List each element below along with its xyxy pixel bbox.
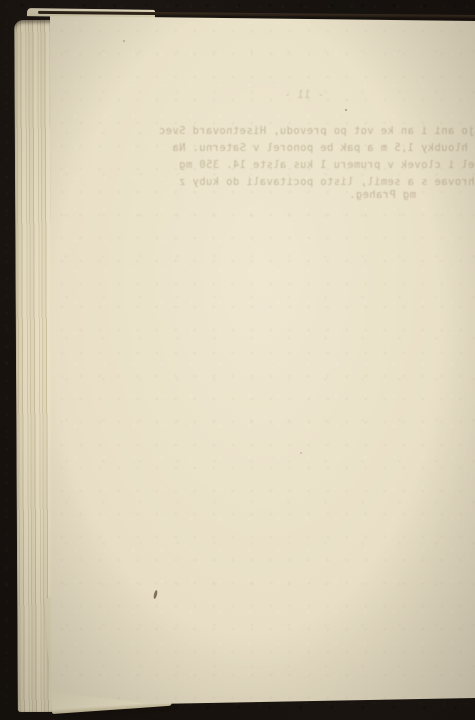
bleedthrough-line: r ouc mysel i clovek v prumeru 1 kus als… [131,160,475,171]
scanned-book-photo: - 11 - stovitti jo ani i an ke vot po pr… [0,0,475,720]
bleedthrough-line: e kope do hloubky 1,5 m a pak be ponorel… [137,143,475,154]
faint-page-number: - 11 - [283,90,325,101]
bleedthrough-line: mg Praheg. [340,190,416,201]
bleedthrough-line: stovitti jo ani i an ke vot po prevodu, … [139,126,475,137]
dust-speck [123,40,125,42]
dust-speck [300,452,302,454]
blank-book-page [0,0,475,720]
bleedthrough-line: z niha bohrovae s a semil, listo pocitav… [134,177,475,188]
paper-grain [0,0,475,720]
dust-speck [345,109,347,111]
